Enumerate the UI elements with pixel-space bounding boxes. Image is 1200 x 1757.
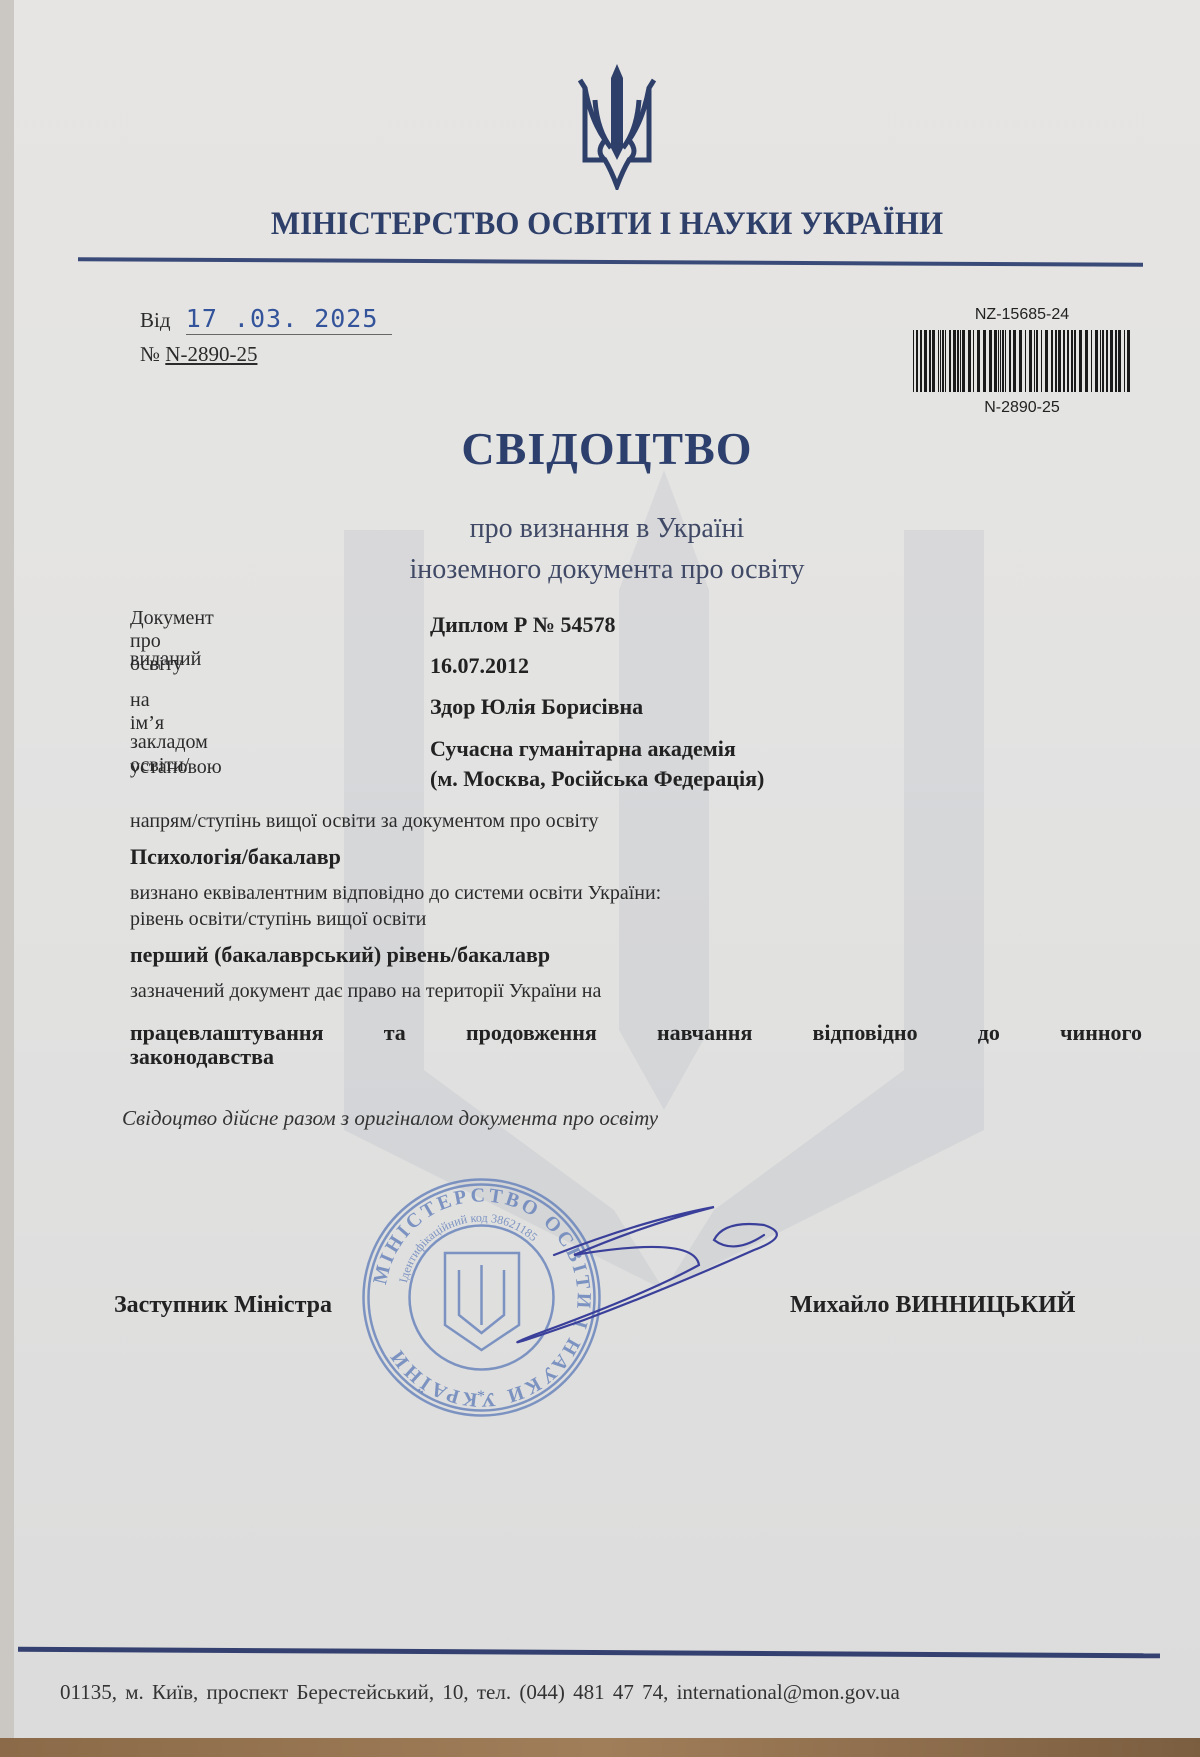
field-label: установою — [130, 756, 222, 779]
barcode-top-text: NZ-15685-24 — [902, 306, 1142, 324]
footer-divider — [18, 1647, 1160, 1659]
table-surface — [0, 1738, 1200, 1757]
handwritten-signature-icon — [494, 1195, 784, 1380]
svg-text:*: * — [477, 1388, 485, 1405]
trident-icon — [575, 60, 659, 190]
field-issued-value: 16.07.2012 — [430, 653, 529, 679]
equivalence-value: перший (бакалаврський) рівень/бакалавр — [130, 942, 550, 968]
registration-date: Від 17 .03. 2025 — [140, 304, 392, 335]
date-label: Від — [140, 308, 171, 332]
equivalence-label-line2: рівень освіти/ступінь вищої освіти — [130, 908, 426, 931]
equivalence-label-line1: визнано еквівалентним відповідно до сист… — [130, 882, 661, 905]
certificate-subtitle-line2: іноземного документа про освіту — [14, 554, 1200, 586]
certificate-title: СВІДОЦТВО — [14, 422, 1200, 475]
field-institution-value-line1: Сучасна гуманітарна академія — [430, 736, 736, 762]
rights-label: зазначений документ дає право на територ… — [130, 980, 601, 1003]
field-document-value: Диплом Р № 54578 — [430, 612, 615, 638]
date-value: 17 .03. 2025 — [186, 304, 393, 335]
ministry-title: МІНІСТЕРСТВО ОСВІТИ І НАУКИ УКРАЇНИ — [50, 206, 1165, 243]
number-label: № — [140, 342, 160, 366]
field-of-study-label: напрям/ступінь вищої освіти за документо… — [130, 810, 598, 833]
certificate-subtitle-line1: про визнання в Україні — [14, 513, 1200, 545]
trident-watermark-icon — [314, 470, 1014, 1290]
validity-note: Свідоцтво дійсне разом з оригіналом доку… — [122, 1106, 658, 1131]
header-divider — [78, 257, 1143, 267]
rights-value-line2: законодавства — [130, 1044, 274, 1070]
number-value: N-2890-25 — [165, 342, 257, 366]
field-institution-value-line2: (м. Москва, Російська Федерація) — [430, 766, 764, 792]
barcode-block: NZ-15685-24 N-2890-25 — [902, 306, 1142, 417]
field-label: виданий — [130, 648, 201, 671]
certificate-page: МІНІСТЕРСТВО ОСВІТИ І НАУКИ УКРАЇНИ Від … — [14, 0, 1200, 1738]
barcode-icon — [911, 330, 1133, 392]
field-name-value: Здор Юлія Борисівна — [430, 694, 643, 720]
footer-address: 01135, м. Київ, проспект Берестейський, … — [60, 1680, 900, 1705]
barcode-bottom-text: N-2890-25 — [902, 399, 1142, 417]
field-label: на ім’я — [130, 689, 164, 735]
field-of-study-value: Психологія/бакалавр — [130, 844, 341, 870]
rights-value-line1: працевлаштування та продовження навчання… — [130, 1020, 1142, 1046]
signatory-name: Михайло ВИННИЦЬКИЙ — [790, 1292, 1075, 1319]
registration-number: № N-2890-25 — [140, 342, 257, 367]
signatory-position: Заступник Міністра — [114, 1292, 332, 1319]
